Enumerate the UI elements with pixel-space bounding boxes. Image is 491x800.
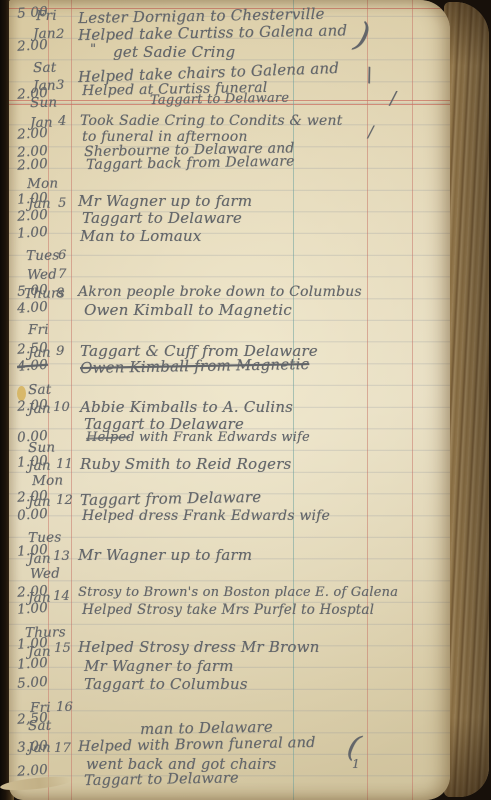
entry-number: 14 (53, 589, 70, 604)
entry-amount: 2.00 (0, 156, 48, 175)
book-page-edges (444, 2, 489, 797)
entry-line: Owen Kimball to Magnetic (84, 301, 292, 319)
entry-line: Helped Strosy take Mrs Purfel to Hosptal (82, 602, 374, 618)
entry-number: 15 (54, 641, 71, 656)
entry-amount: 3.00 (0, 738, 48, 757)
entry-number: 12 (56, 493, 73, 508)
entry-line: Taggart to Delaware (150, 91, 289, 108)
entry-line: Mr Wagner to farm (84, 657, 234, 675)
entry-amount: 2.00 (0, 397, 48, 416)
entry-number: 11 (56, 457, 73, 472)
entry-number: 13 (53, 549, 70, 564)
entry-amount: 0.00 (0, 506, 48, 525)
margin-day-label: Tues (26, 247, 60, 264)
entry-amount: 1.00 (0, 542, 48, 561)
entry-amount: 0.00 (0, 428, 48, 447)
entry-line: Abbie Kimballs to A. Culins (80, 398, 293, 416)
margin-day-label: Fri (28, 322, 49, 338)
entry-number: 7 (58, 267, 66, 282)
margin-day-label: Sat (33, 60, 57, 76)
entry-line: Akron people broke down to Columbus (78, 284, 362, 300)
entry-amount: 1.00 (0, 453, 48, 472)
entry-number: 9 (56, 344, 64, 359)
entry-number: 3 (56, 78, 64, 93)
entry-line: Taggart to Delaware (82, 209, 242, 227)
margin-day-label: Wed (30, 565, 60, 582)
margin-day-label: Sat (28, 382, 52, 398)
pen-mark: " (90, 42, 96, 57)
entry-amount: 2.00 (0, 125, 48, 144)
ledger-photo: FriJanSatJanSunJanMonJanTuesWedThursFriJ… (0, 0, 491, 800)
pen-mark: / (368, 122, 374, 141)
entry-amount: 4.00 (0, 299, 48, 318)
entry-number: 5 (58, 196, 66, 211)
pen-mark: 1 (352, 757, 360, 771)
entry-line: Taggart to Delaware (84, 770, 239, 789)
entry-line: Mr Wagner up to farm (78, 192, 252, 210)
entry-line: get Sadie Cring (113, 43, 235, 61)
entry-number: 17 (54, 741, 71, 756)
entry-line: Man to Lomaux (80, 227, 201, 245)
entry-amount: 1.00 (0, 600, 48, 619)
entry-amount: 2.00 (0, 85, 48, 104)
entry-amount: 1.00 (0, 655, 48, 674)
entry-amount: 2.00 (0, 762, 48, 781)
entry-line: Helped Strosy dress Mr Brown (78, 638, 319, 656)
entry-line: Helped dress Frank Edwards wife (82, 508, 330, 524)
entry-amount: 5.00 (0, 674, 48, 693)
entry-amount: 2,50 (0, 710, 48, 729)
entry-line: Took Sadie Cring to Condits & went (80, 113, 342, 129)
entry-amount: 2.00 (0, 37, 48, 56)
entry-number: 10 (53, 400, 70, 415)
entry-amount: 5 00 (0, 4, 48, 23)
entry-amount: 1.00 (0, 635, 48, 654)
entry-number: 8 (56, 286, 64, 301)
entry-amount: 4.00 (0, 357, 48, 376)
entry-line: Mr Wagner up to farm (78, 546, 252, 564)
amount-rule-left (367, 0, 368, 800)
margin-day-label: Wed (27, 266, 57, 283)
margin-rule-right (71, 0, 72, 800)
entry-amount: 2.00 (0, 488, 48, 507)
entry-amount: 1.00 (0, 224, 48, 243)
entry-line: Ruby Smith to Reid Rogers (80, 455, 291, 473)
pen-mark: / (390, 88, 396, 109)
margin-day-label: Mon (32, 472, 64, 489)
entry-line: Taggart from Delaware (80, 488, 262, 509)
entry-line: Strosy to Brown's on Boston place E. of … (78, 585, 398, 600)
amount-rule-right (412, 0, 413, 800)
entry-number: 16 (56, 700, 73, 715)
entry-line: Taggart to Columbus (84, 675, 248, 693)
entry-number: 4 (58, 114, 66, 129)
entry-number: 6 (58, 248, 66, 263)
entry-number: 2 (56, 27, 64, 42)
